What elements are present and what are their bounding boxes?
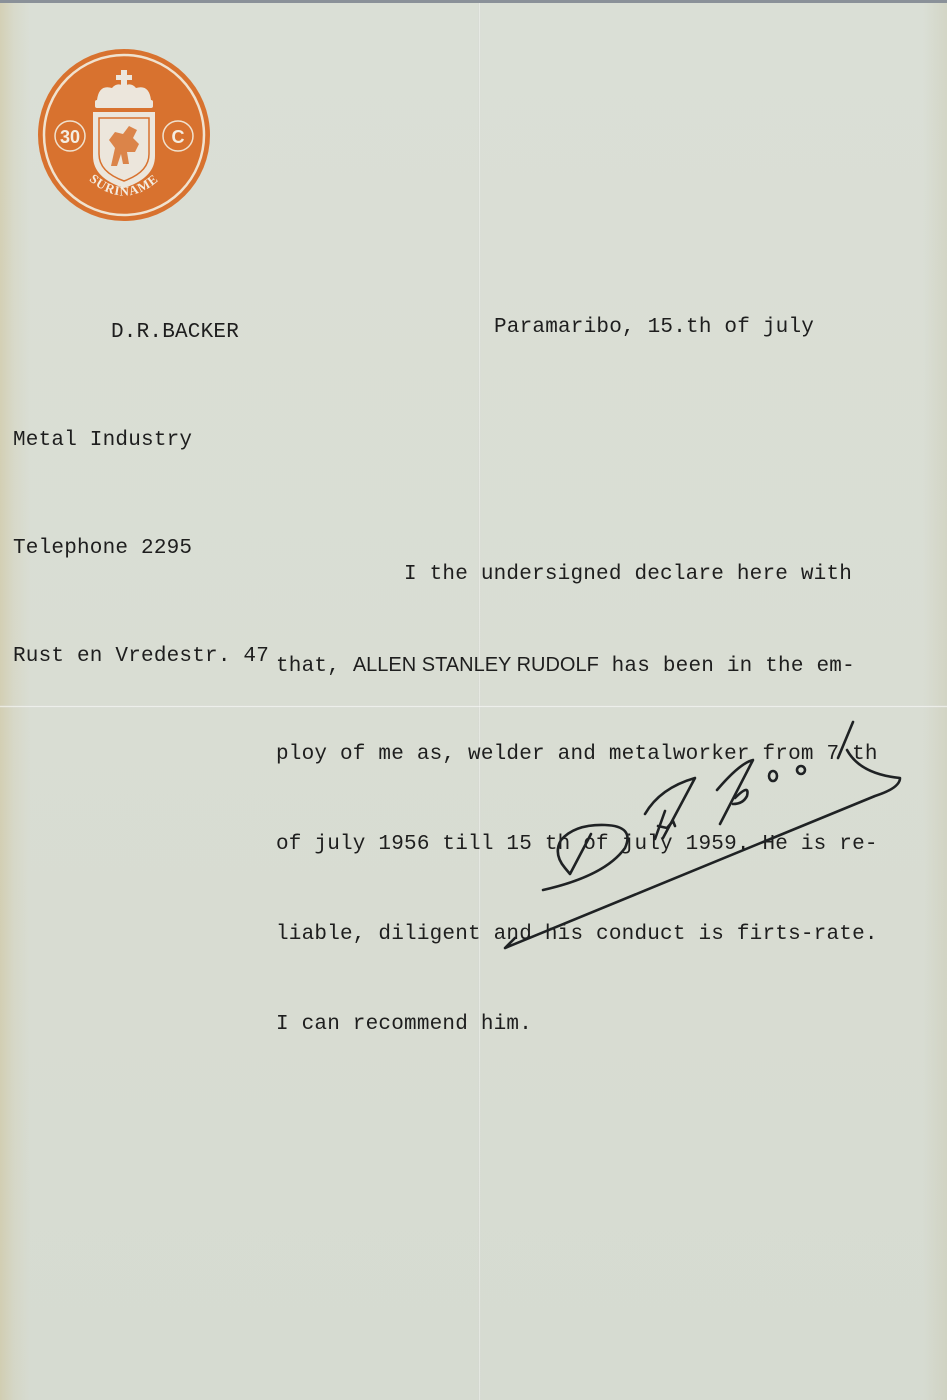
sender-business: Metal Industry	[13, 423, 269, 459]
date-line: Paramaribo, 15.th of july	[494, 310, 814, 346]
employee-name: ALLEN STANLEY RUDOLF	[353, 654, 599, 676]
svg-text:30: 30	[60, 127, 80, 147]
body-line: I can recommend him.	[276, 1010, 878, 1040]
body-line: I the undersigned declare here with	[276, 560, 878, 590]
body-line: that, ALLEN STANLEY RUDOLF has been in t…	[276, 650, 878, 680]
sender-name: D.R.BACKER	[13, 315, 269, 351]
body-text: that,	[276, 655, 353, 678]
letter-page: 30 C SURINAME D.R.BACKER Metal Industry …	[0, 0, 947, 1400]
letterhead: D.R.BACKER Metal Industry Telephone 2295…	[13, 243, 269, 747]
sender-telephone: Telephone 2295	[13, 531, 269, 567]
coat-of-arms-icon: 30 C SURINAME	[37, 48, 211, 222]
handwritten-signature-icon	[495, 708, 915, 958]
suriname-stamp: 30 C SURINAME	[37, 48, 211, 222]
body-text: has been in the em-	[599, 655, 855, 678]
svg-text:C: C	[172, 127, 185, 147]
signature	[495, 708, 915, 958]
sender-address: Rust en Vredestr. 47	[13, 639, 269, 675]
